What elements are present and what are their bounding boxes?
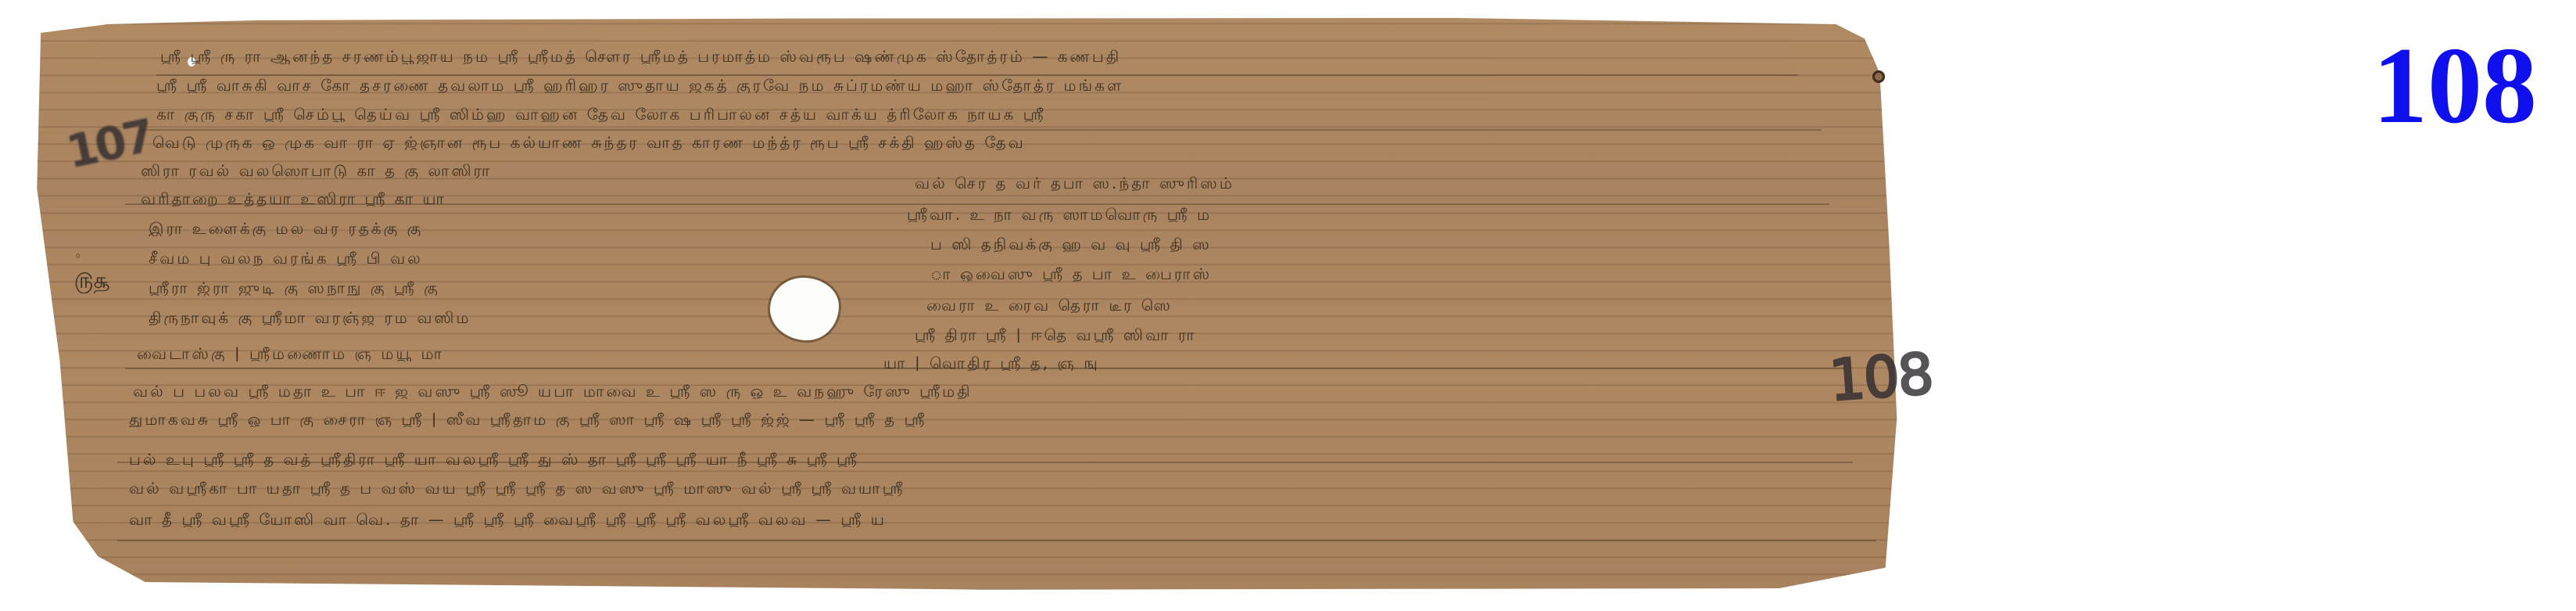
manuscript-line: வெடு முருக ஓ முக வா ரா ஏ ஜ்ஞான ரூப கல்யா… bbox=[152, 133, 1872, 150]
manuscript-line-left: ஸிரா ரவல் வலஸொபாடு கா த கு லாஸிரா bbox=[141, 161, 735, 178]
manuscript-line: கா குரு சகா ஸ்ரீ செம்பூ தெய்வ ஸ்ரீ ஸிம்ஹ… bbox=[156, 105, 1876, 122]
manuscript-line: பல் உபு ஸ்ரீ ஸ்ரீ த வத் ஸ்ரீதிரா ஸ்ரீ யா… bbox=[129, 450, 1865, 467]
manuscript-line: வா தீ ஸ்ரீ வஸ்ரீ யோஸி வா வெ. தா — ஸ்ரீ ஸ… bbox=[129, 510, 1771, 527]
manuscript-line-left: வரிதாறை உத்தயா உஸிரா ஸ்ரீ கா யா bbox=[141, 189, 735, 207]
manuscript-line-right: வல் செர த வர் தபா ஸ.ந்தா ஸுரிஸம் bbox=[915, 174, 1775, 191]
binding-hole bbox=[770, 278, 839, 340]
manuscript-line: வல் வஸ்ரீகா பா யதா ஸ்ரீ த ப வஸ் வய ஸ்ரீ … bbox=[129, 479, 1865, 496]
manuscript-line-right: வைரா உ ரைவ தெரா டீர ஸெ bbox=[926, 296, 1786, 313]
manuscript-line-left: ஸ்ரீரா ஜ்ரா ஜுடி கு ஸநாநு கு ஸ்ரீ கு bbox=[149, 279, 696, 296]
margin-dot: ◦ bbox=[74, 249, 81, 264]
manuscript-line-left: இரா உளைக்கு மல வர ரதக்கு கு bbox=[149, 219, 696, 236]
manuscript-line-left: திருநாவுக் கு ஸ்ரீமா வரஞ்ஜ ரம வஸிம bbox=[149, 308, 696, 325]
manuscript-line: துமாகவசு ஸ்ரீ ஓ பா கு சைரா ஞ ஸ்ரீ | ஸீவ … bbox=[129, 410, 1849, 427]
folio-number-label: 108 bbox=[2373, 31, 2537, 141]
manuscript-line: வல் ப பலவ ஸ்ரீ மதா உ பா ஈ ஜ வஸு ஸ்ரீ ஸூ … bbox=[133, 382, 1853, 399]
manuscript-line-right: யா | வொதிர ஸ்ரீ த, ஞ ஙு bbox=[883, 354, 1704, 371]
manuscript-line-right: ஸ்ரீ திரா ஸ்ரீ | ஈதெ வஸ்ரீ ஸிவா ரா bbox=[915, 325, 1775, 343]
manuscript-line: ஸ்ரீ ஸ்ரீ வாசுகி வாச கோ தசரணை தவலாம ஸ்ரீ… bbox=[156, 76, 1876, 93]
manuscript-line-left: சீவம பு வலந வரங்க ஸ்ரீ பி வல bbox=[149, 249, 696, 266]
manuscript-line-right: ப ஸி தநிவக்கு ஹ வ வு ஸ்ரீ தி ஸ bbox=[930, 235, 1790, 252]
manuscript-line-right: ஸ்ரீவா. உ நா வரு ஸாமவொரு ஸ்ரீ ம bbox=[907, 205, 1767, 222]
margin-numeral: ௫௲ bbox=[74, 268, 109, 297]
handwritten-folio-number-right: 108 bbox=[1827, 341, 1934, 414]
manuscript-line-left: வைடாஸ்கு | ஸ்ரீமணைாம ஞ மயூ மா bbox=[137, 344, 747, 361]
ruled-line bbox=[141, 129, 1822, 131]
ruled-line bbox=[117, 540, 1876, 541]
manuscript-line-right: ா ஒவைஸு ஸ்ரீ த பா உ பைராஸ் bbox=[930, 264, 1790, 282]
manuscript-line: ஸ்ரீ ஸ்ரீ ரு ரா ஆனந்த சரணம்பூஜாய நம ஸ்ரீ… bbox=[160, 47, 1880, 64]
